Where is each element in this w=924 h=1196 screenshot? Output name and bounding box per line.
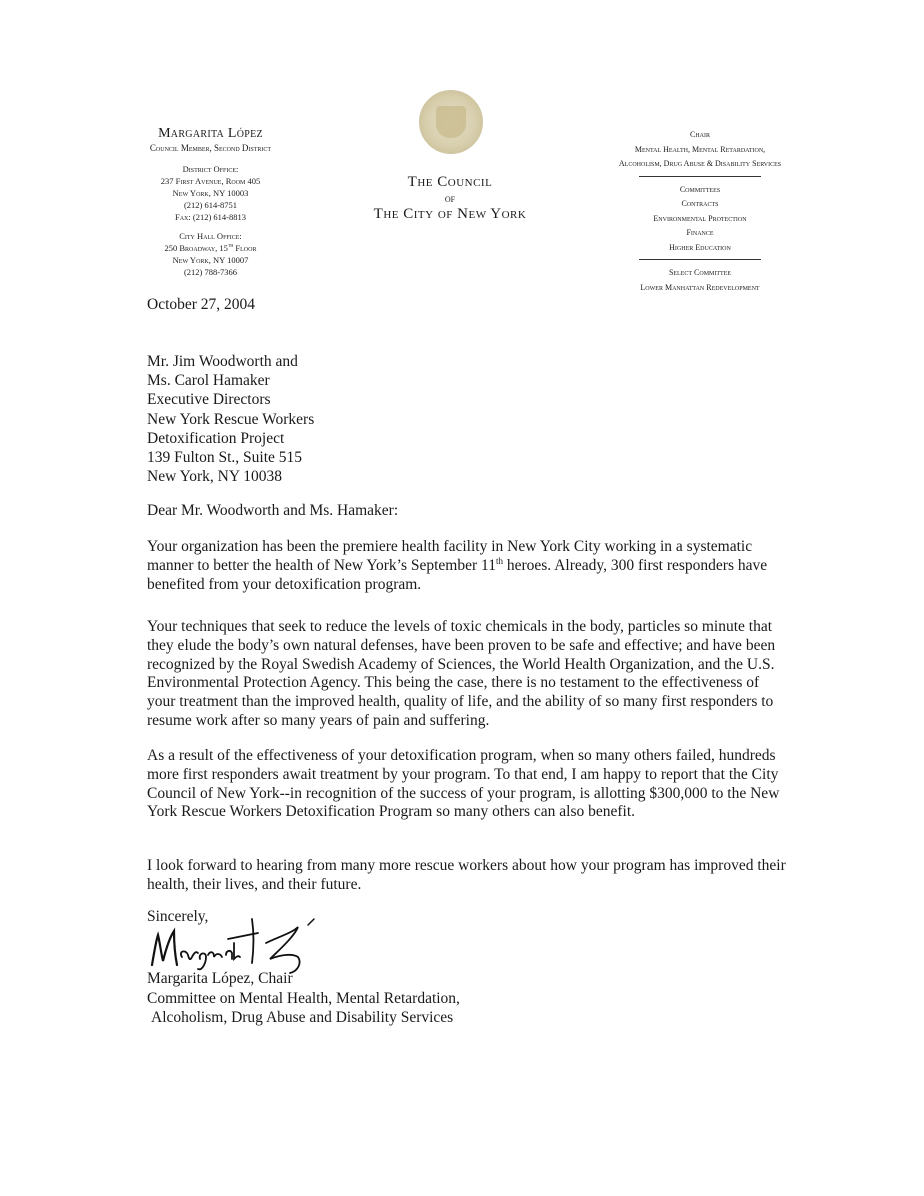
chair-committee-line-1: Mental Health, Mental Retardation, bbox=[580, 143, 820, 158]
recipient-line: New York Rescue Workers bbox=[147, 410, 314, 429]
letterhead-left: Margarita López Council Member, Second D… bbox=[118, 126, 303, 278]
committees-label: Committees bbox=[580, 183, 820, 198]
chair-label: Chair bbox=[580, 128, 820, 143]
salutation: Dear Mr. Woodworth and Ms. Hamaker: bbox=[147, 502, 398, 520]
district-office-city: New York, NY 10003 bbox=[118, 187, 303, 199]
recipient-line: 139 Fulton St., Suite 515 bbox=[147, 448, 314, 467]
select-committee-item: Lower Manhattan Redevelopment bbox=[580, 281, 820, 296]
city-hall-office-phone: (212) 788-7366 bbox=[118, 266, 303, 278]
signer-block: Margarita López, Chair Committee on Ment… bbox=[147, 969, 460, 1028]
council-member-name: Margarita López bbox=[118, 126, 303, 142]
council-line-1: The Council bbox=[340, 174, 560, 191]
recipient-line: Detoxification Project bbox=[147, 429, 314, 448]
council-line-3: The City of New York bbox=[340, 206, 560, 223]
district-office-address: 237 First Avenue, Room 405 bbox=[118, 175, 303, 187]
city-seal-icon bbox=[419, 90, 483, 154]
paragraph-4: I look forward to hearing from many more… bbox=[147, 857, 787, 895]
committee-item: Contracts bbox=[580, 197, 820, 212]
letterhead-right: Chair Mental Health, Mental Retardation,… bbox=[580, 128, 820, 295]
committee-item: Finance bbox=[580, 226, 820, 241]
paragraph-1: Your organization has been the premiere … bbox=[147, 538, 787, 594]
district-office-phone: (212) 614-8751 bbox=[118, 199, 303, 211]
signer-title-line-2: Alcoholism, Drug Abuse and Disability Se… bbox=[147, 1008, 460, 1028]
city-hall-office-label: City Hall Office: bbox=[118, 230, 303, 242]
signer-name: Margarita López, Chair bbox=[147, 969, 460, 989]
recipient-line: Executive Directors bbox=[147, 390, 314, 409]
recipient-line: Mr. Jim Woodworth and bbox=[147, 352, 314, 371]
district-office: District Office: 237 First Avenue, Room … bbox=[118, 163, 303, 223]
signer-title-line-1: Committee on Mental Health, Mental Retar… bbox=[147, 989, 460, 1009]
city-hall-office: City Hall Office: 250 Broadway, 15th Flo… bbox=[118, 230, 303, 278]
chair-committee-line-2: Alcoholism, Drug Abuse & Disability Serv… bbox=[580, 157, 820, 172]
council-line-2: of bbox=[340, 193, 560, 205]
select-committee-label: Select Committee bbox=[580, 266, 820, 281]
committee-item: Higher Education bbox=[580, 241, 820, 256]
paragraph-2: Your techniques that seek to reduce the … bbox=[147, 618, 787, 731]
city-hall-office-city: New York, NY 10007 bbox=[118, 254, 303, 266]
recipient-line: Ms. Carol Hamaker bbox=[147, 371, 314, 390]
council-member-title: Council Member, Second District bbox=[118, 143, 303, 153]
letterhead-center: The Council of The City of New York bbox=[340, 174, 560, 223]
district-office-fax: Fax: (212) 614-8813 bbox=[118, 211, 303, 223]
district-office-label: District Office: bbox=[118, 163, 303, 175]
divider bbox=[639, 176, 761, 177]
handwritten-signature-icon bbox=[148, 913, 348, 975]
recipient-address: Mr. Jim Woodworth and Ms. Carol Hamaker … bbox=[147, 352, 314, 486]
committee-item: Environmental Protection bbox=[580, 212, 820, 227]
divider bbox=[639, 259, 761, 260]
recipient-line: New York, NY 10038 bbox=[147, 467, 314, 486]
city-hall-office-address: 250 Broadway, 15th Floor bbox=[118, 242, 303, 254]
letter-date: October 27, 2004 bbox=[147, 296, 255, 314]
paragraph-3: As a result of the effectiveness of your… bbox=[147, 747, 787, 822]
